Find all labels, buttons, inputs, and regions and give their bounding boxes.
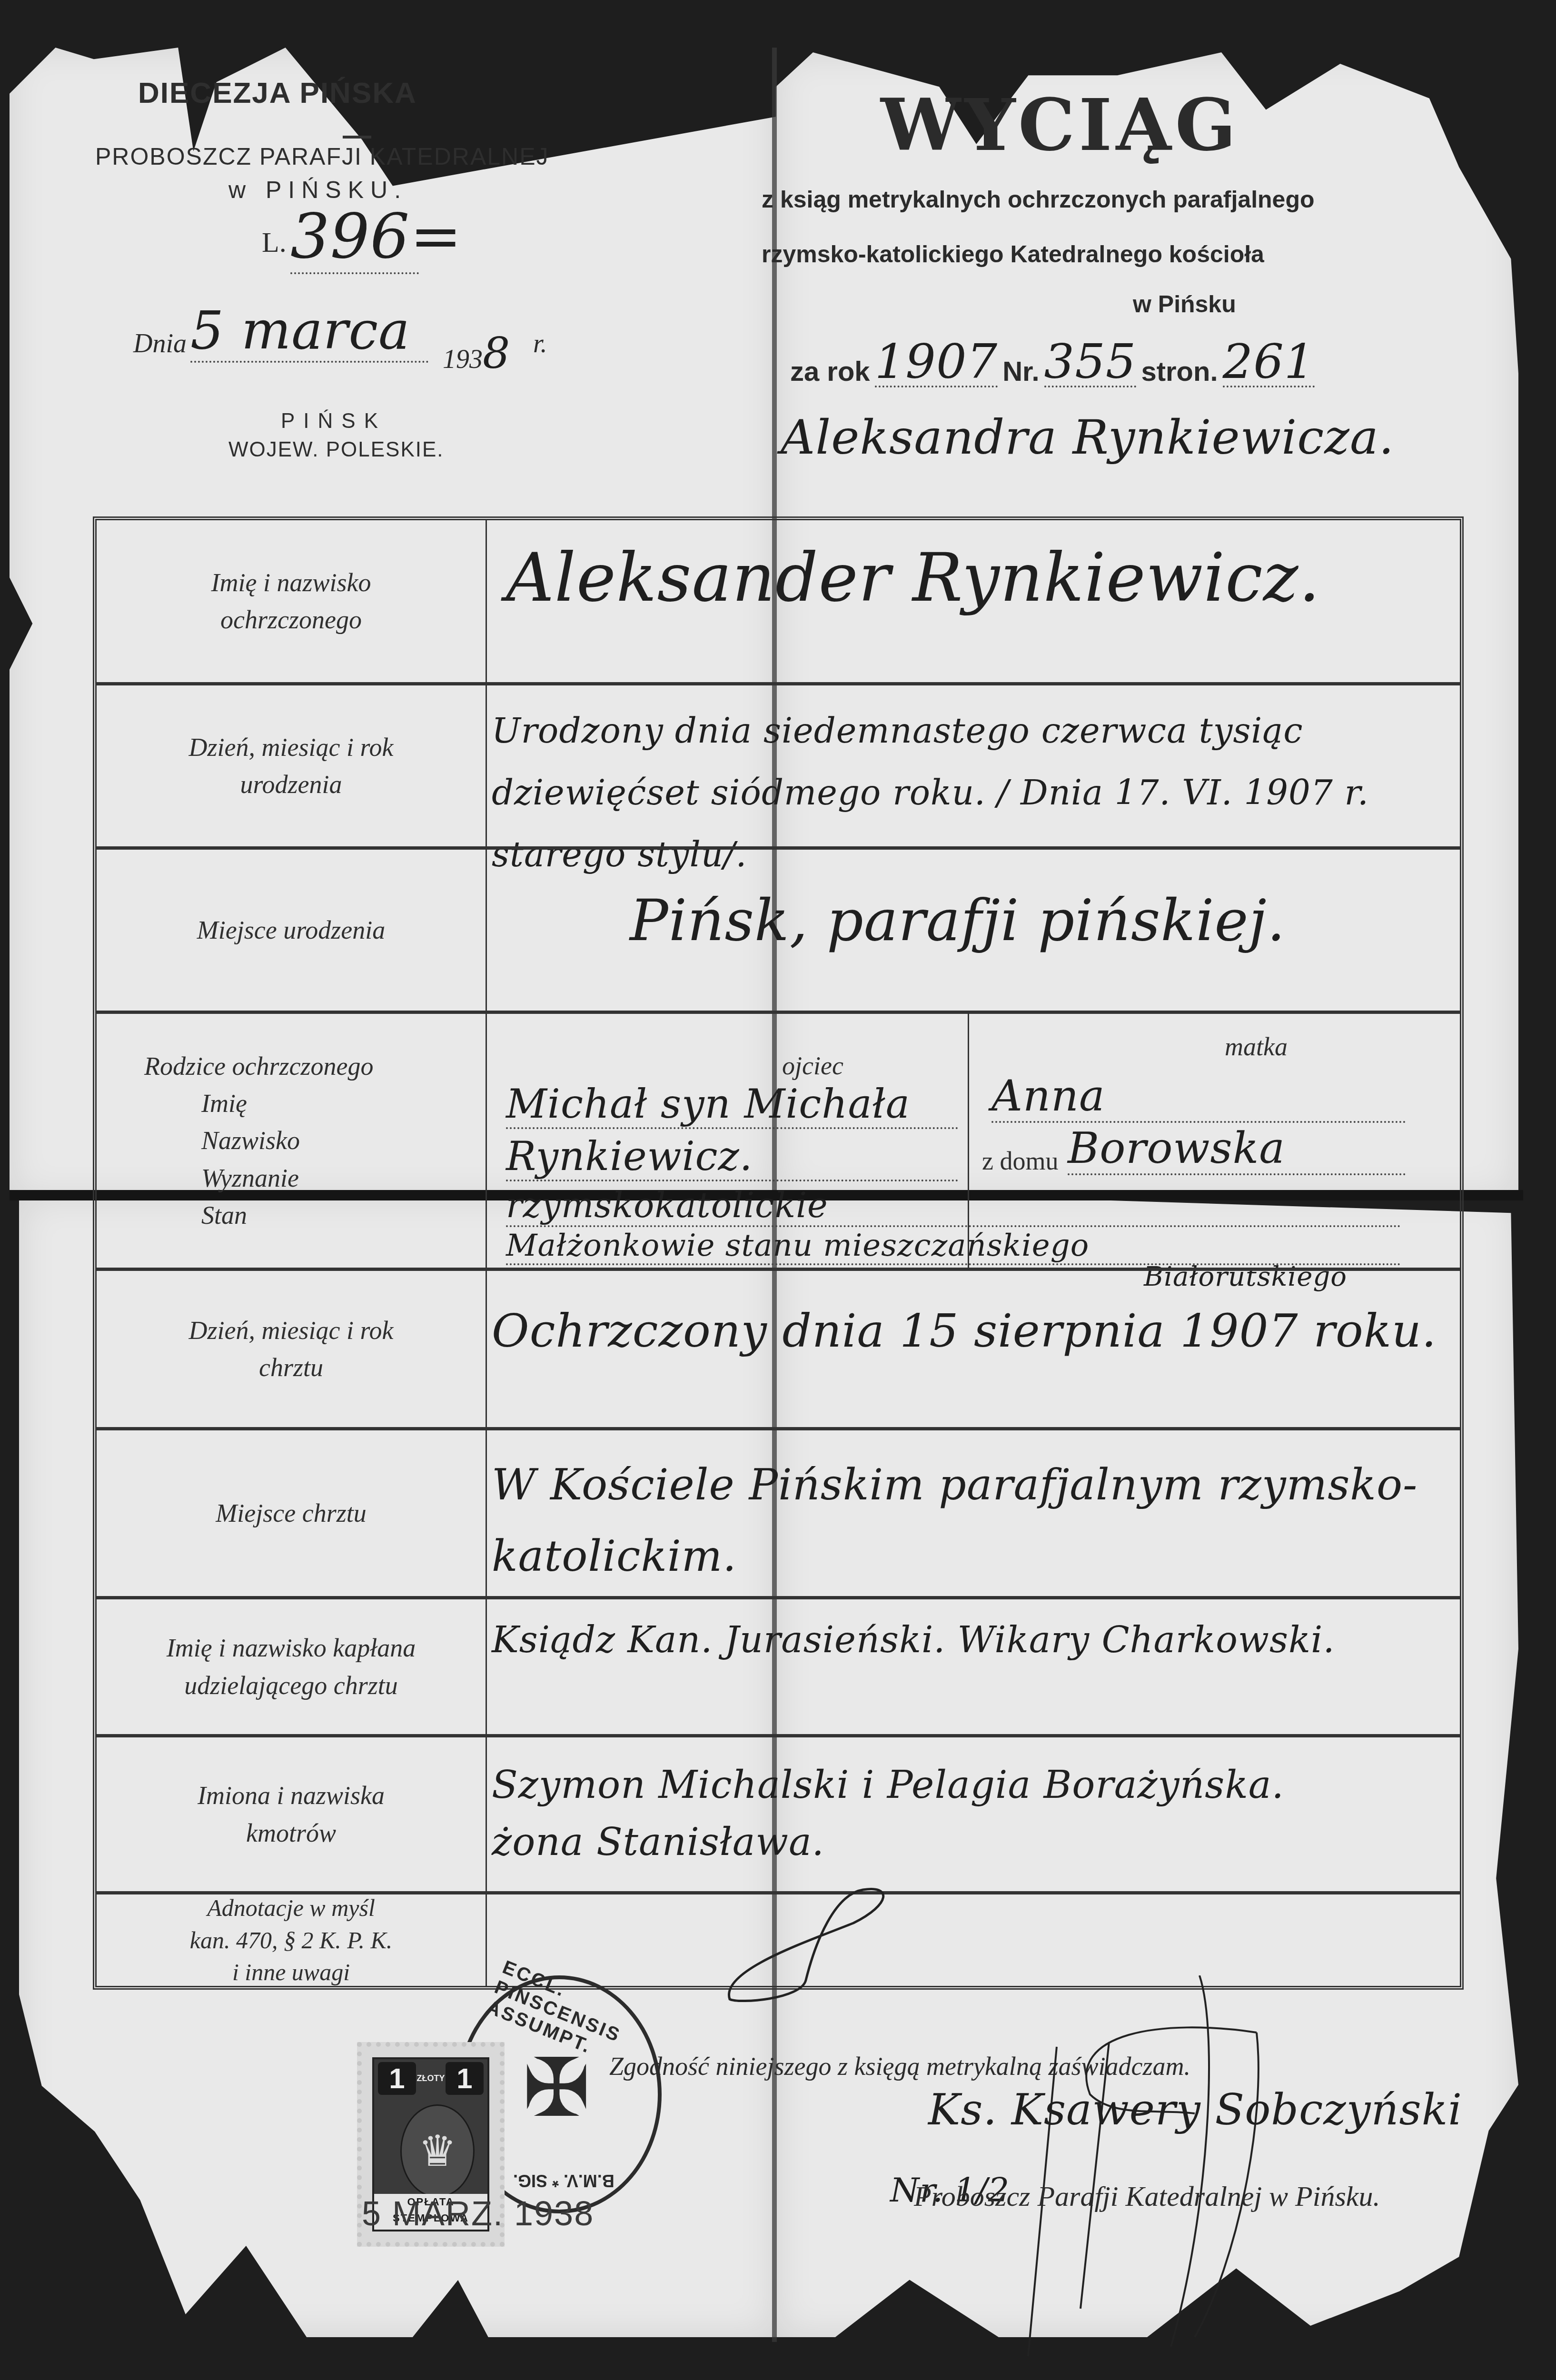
nr-label: Nr. bbox=[1002, 356, 1039, 387]
title-subline-3: w Pińsku bbox=[1133, 290, 1236, 318]
eagle-emblem-icon: ♛ bbox=[400, 2104, 475, 2198]
row-label: Rodzice ochrzczonego bbox=[144, 1048, 373, 1085]
voivodeship-label: WOJEW. POLESKIE. bbox=[228, 438, 444, 462]
signatory-title: Proboszcz Parafji Katedralnej w Pińsku. bbox=[914, 2180, 1380, 2213]
parents-religion: rzymskokatolickie bbox=[506, 1185, 1401, 1227]
table-row-priest: Imię i nazwisko kapłana udzielającego ch… bbox=[97, 1596, 1460, 1734]
row-label: Imiona i nazwiska kmotrów bbox=[97, 1737, 487, 1891]
reference-number: 396= bbox=[290, 200, 419, 274]
place-label: PIŃSK bbox=[281, 409, 387, 433]
table-row-birth-place: Miejsce urodzenia Pińsk, parafji pińskie… bbox=[97, 846, 1460, 1011]
stamp-denomination-right: 1 bbox=[446, 2062, 484, 2095]
title-subline-1: z ksiąg metrykalnych ochrzczonych parafj… bbox=[762, 186, 1315, 213]
seal-emblem-icon: ✠ bbox=[523, 2041, 590, 2135]
sublabel-status: Stan bbox=[144, 1197, 247, 1234]
date-label: Dnia bbox=[133, 328, 187, 359]
table-row-name: Imię i nazwisko ochrzczonego Aleksander … bbox=[97, 520, 1460, 682]
father-label: ojciec bbox=[782, 1047, 843, 1084]
page-label: stron. bbox=[1141, 356, 1218, 387]
signature-flourish-icon bbox=[971, 1975, 1280, 2356]
table-row-annotations: Adnotacje w myśl kan. 470, § 2 K. P. K. … bbox=[97, 1891, 1460, 1986]
row-label: Dzień, miesiąc i rok chrztu bbox=[97, 1271, 487, 1427]
reference-label: L. bbox=[262, 226, 287, 259]
mother-maiden-name: Borowska bbox=[1068, 1123, 1406, 1175]
row-label: Adnotacje w myśl kan. 470, § 2 K. P. K. … bbox=[97, 1894, 487, 1986]
row-label: Miejsce chrztu bbox=[97, 1430, 487, 1596]
sublabel-surname: Nazwisko bbox=[144, 1122, 300, 1159]
issue-year: 1938 bbox=[443, 328, 510, 378]
birth-place-value: Pińsk, parafji pińskiej. bbox=[630, 888, 1286, 954]
row-label: Miejsce urodzenia bbox=[97, 850, 487, 1011]
table-row-baptism-place: Miejsce chrztu W Kościele Pińskim parafj… bbox=[97, 1427, 1460, 1596]
row-label: Dzień, miesiąc i rok urodzenia bbox=[97, 685, 487, 846]
stamp-cancellation-date: 5 MARZ. 1938 bbox=[362, 2194, 594, 2233]
baptized-name: Aleksander Rynkiewicz. bbox=[506, 539, 1320, 617]
sublabel-name: Imię bbox=[144, 1085, 247, 1122]
sublabel-religion: Wyznanie bbox=[144, 1160, 299, 1197]
stamp-currency: ZŁOTY bbox=[417, 2073, 445, 2083]
baptism-record-table: Imię i nazwisko ochrzczonego Aleksander … bbox=[93, 516, 1464, 1990]
heading-divider bbox=[343, 136, 371, 139]
register-page: 261 bbox=[1223, 338, 1315, 387]
issue-date-handwritten: 5 marca bbox=[190, 300, 428, 363]
parents-status: Małżonkowie stanu mieszczańskiego bbox=[506, 1228, 1401, 1265]
year-handwritten: 8 bbox=[483, 328, 510, 378]
row-label: Imię i nazwisko ochrzczonego bbox=[97, 520, 487, 682]
father-surname: Rynkiewicz. bbox=[506, 1133, 958, 1181]
baptism-date-value: Ochrzczony dnia 15 sierpnia 1907 roku. bbox=[492, 1304, 1437, 1358]
mother-name: Anna bbox=[991, 1071, 1406, 1123]
table-row-birth-date: Dzień, miesiąc i rok urodzenia Urodzony … bbox=[97, 682, 1460, 846]
year-printed: 193 bbox=[443, 345, 483, 374]
father-name: Michał syn Michała bbox=[506, 1081, 958, 1129]
year-label: za rok bbox=[790, 356, 870, 387]
register-reference-row: za rok 1907 Nr. 355 stron. 261 bbox=[790, 338, 1315, 387]
document-title: WYCIĄG bbox=[881, 83, 1240, 167]
diocese-heading: DIECEZJA PIŃSKA bbox=[138, 76, 417, 110]
seal-text-bottom: B.M.V. * SIG. bbox=[513, 2171, 614, 2191]
maiden-name-label: z domu bbox=[982, 1142, 1058, 1180]
mother-label: matka bbox=[1225, 1028, 1288, 1065]
priest-value: Ksiądz Kan. Jurasieński. Wikary Charkows… bbox=[492, 1618, 1335, 1661]
stamp-denomination-left: 1 bbox=[378, 2062, 416, 2095]
annotation-flourish-icon bbox=[711, 1885, 911, 2009]
register-number: 355 bbox=[1044, 338, 1137, 387]
table-row-parents: Rodzice ochrzczonego Imię Nazwisko Wyzna… bbox=[97, 1011, 1460, 1268]
title-subline-2: rzymsko-katolickiego Katedralnego kościo… bbox=[762, 240, 1264, 268]
year-suffix: r. bbox=[533, 328, 547, 359]
register-year: 1907 bbox=[875, 338, 998, 387]
table-row-baptism-date: Dzień, miesiąc i rok chrztu Ochrzczony d… bbox=[97, 1268, 1460, 1427]
subject-name-genitive: Aleksandra Rynkiewicza. bbox=[781, 409, 1394, 465]
baptism-place-value: W Kościele Pińskim parafjalnym rzymsko- … bbox=[492, 1449, 1463, 1592]
godparents-value: Szymon Michalski i Pelagia Borażyńska. ż… bbox=[492, 1756, 1444, 1871]
office-heading: PROBOSZCZ PARAFJI KATEDRALNEJ bbox=[95, 143, 549, 170]
table-row-godparents: Imiona i nazwiska kmotrów Szymon Michals… bbox=[97, 1734, 1460, 1891]
pastor-signature: Ks. Ksawery Sobczyński bbox=[928, 2085, 1462, 2135]
row-label: Imię i nazwisko kapłana udzielającego ch… bbox=[97, 1599, 487, 1734]
